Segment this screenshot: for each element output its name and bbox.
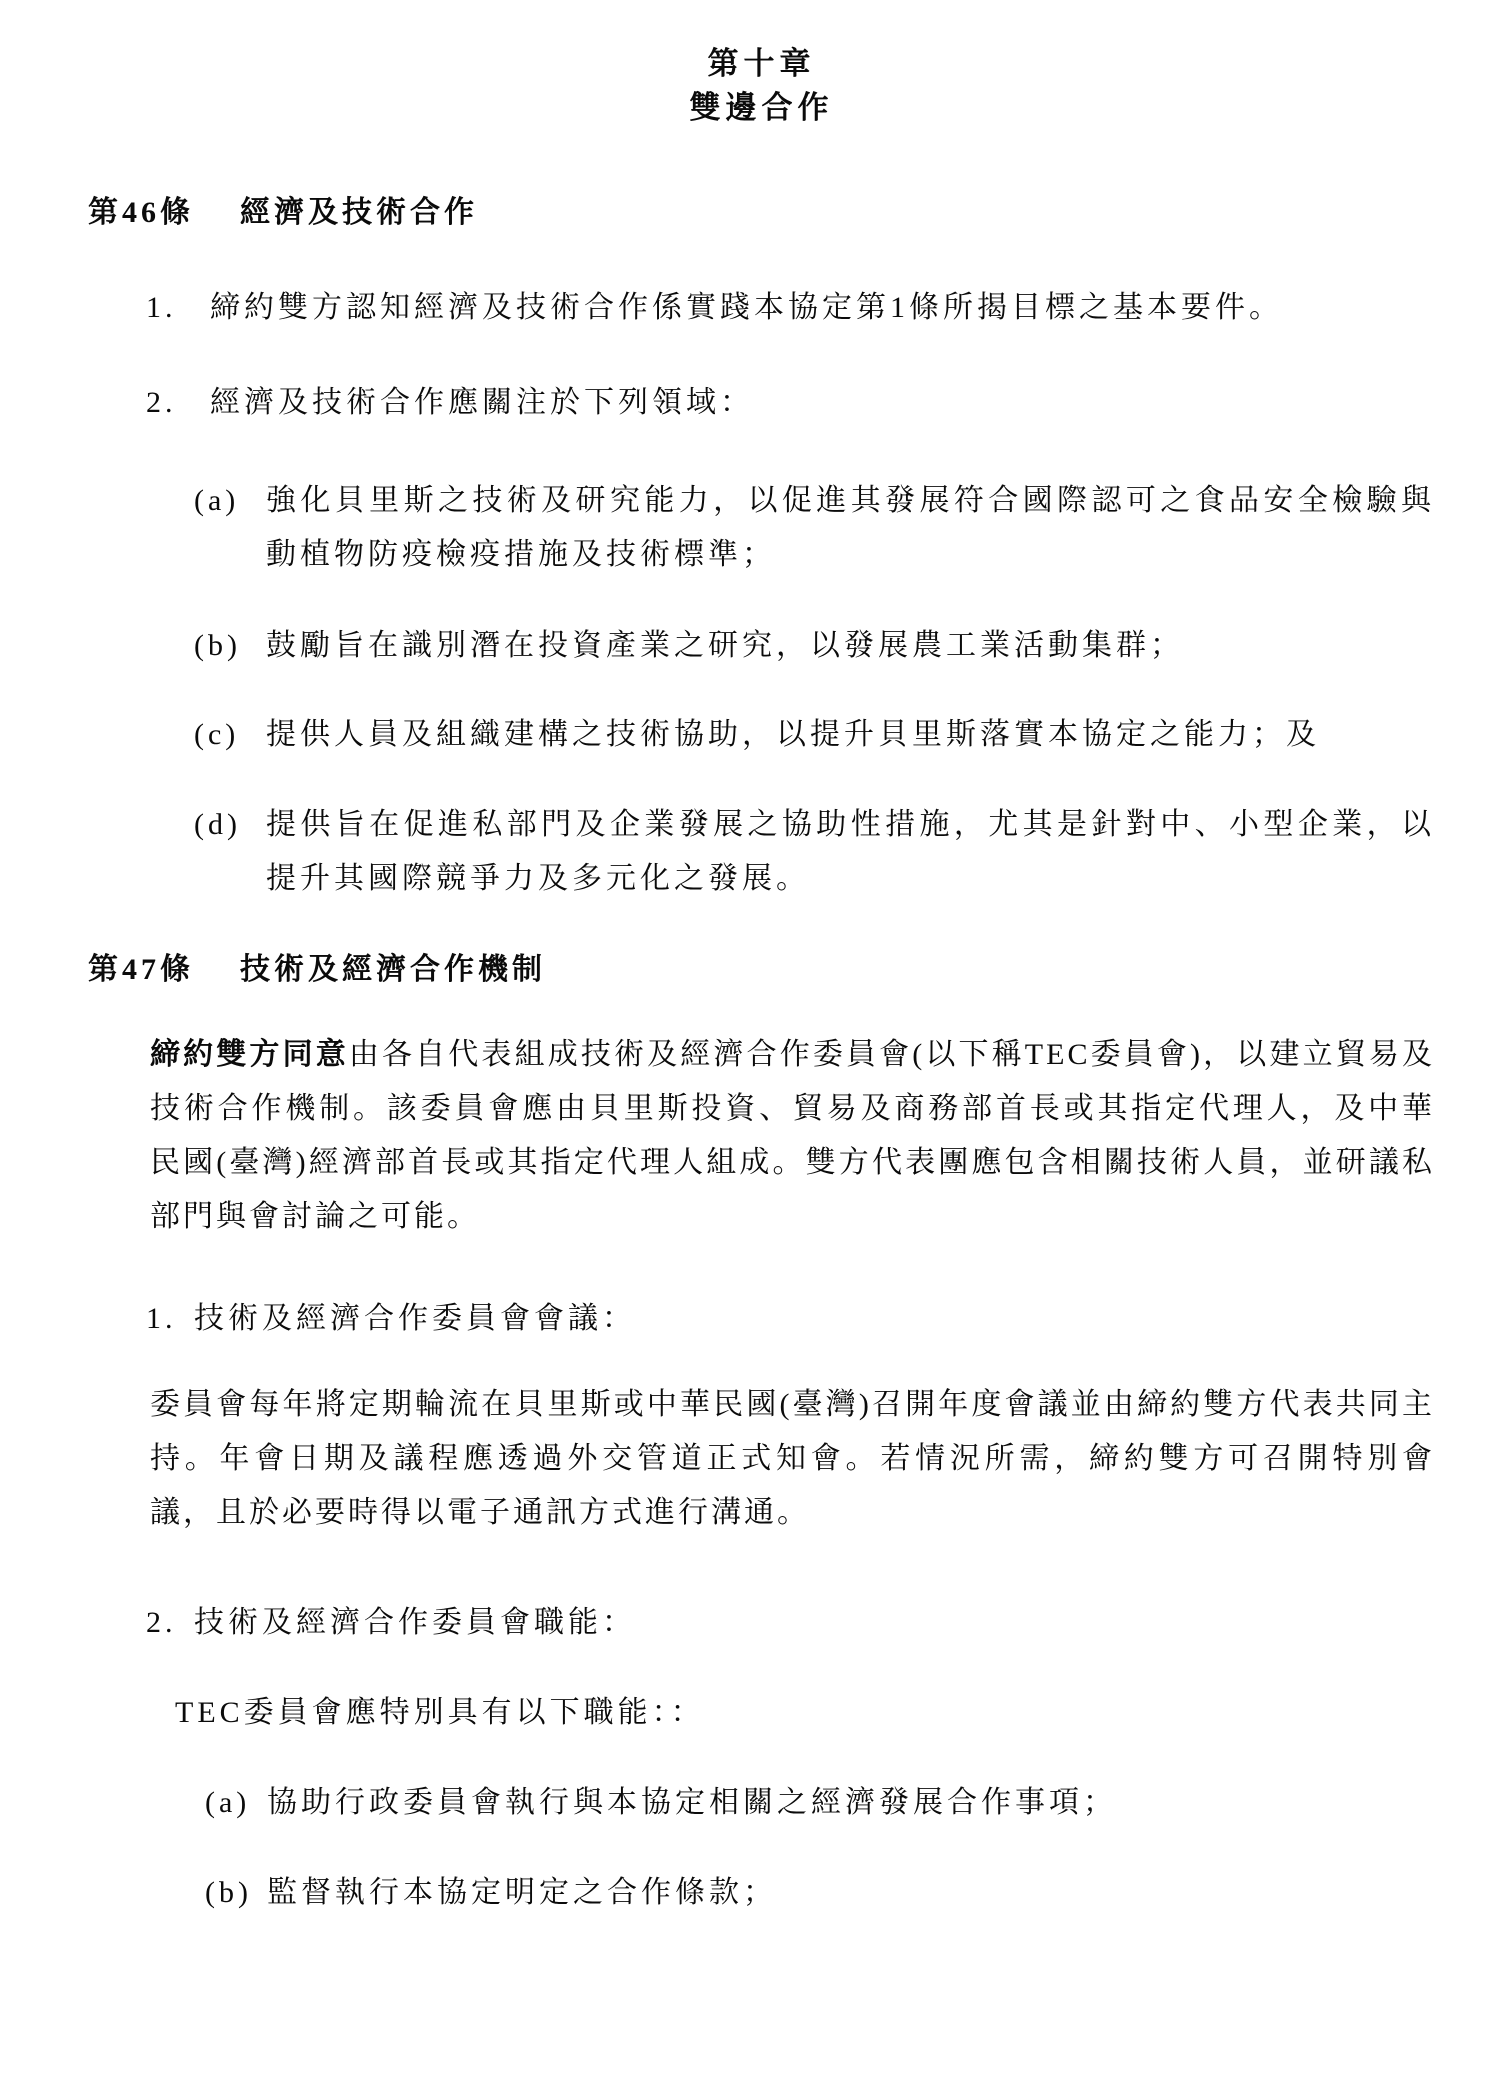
subitem-letter: (a) <box>194 474 266 582</box>
subitem-text: 強化貝里斯之技術及研究能力，以促進其發展符合國際認可之食品安全檢驗與動植物防疫檢… <box>266 474 1435 582</box>
subitem-text: 提供旨在促進私部門及企業發展之協助性措施，尤其是針對中、小型企業，以提升其國際競… <box>266 798 1435 906</box>
article-46-number: 第46條 <box>88 186 240 240</box>
tec-function-a: (a) 協助行政委員會執行與本協定相關之經濟發展合作事項； <box>205 1776 1435 1830</box>
page-content: 第十章 雙邊合作 第46條 經濟及技術合作 1. 締約雙方認知經濟及技術合作係實… <box>0 0 1509 1920</box>
tec-function-b: (b) 監督執行本協定明定之合作條款； <box>205 1866 1435 1920</box>
item-title: 技術及經濟合作委員會會議： <box>194 1292 636 1346</box>
subitem-text: 提供人員及組織建構之技術協助，以提升貝里斯落實本協定之能力；及 <box>266 708 1320 762</box>
article-46-heading: 第46條 經濟及技術合作 <box>88 186 1435 240</box>
chapter-heading: 第十章 雙邊合作 <box>88 42 1435 130</box>
article-47-item-2-title: 2. 技術及經濟合作委員會職能： <box>146 1596 1435 1650</box>
tec-functions-lead: TEC委員會應特別具有以下職能：： <box>175 1686 1435 1740</box>
item-text: 締約雙方認知經濟及技術合作係實踐本協定第1條所揭目標之基本要件。 <box>210 281 1283 335</box>
item-number: 2. <box>146 1596 194 1650</box>
item-number: 1. <box>146 281 210 335</box>
subitem-text: 鼓勵旨在識別潛在投資產業之研究，以發展農工業活動集群； <box>266 619 1184 673</box>
article-46-subitem-a: (a) 強化貝里斯之技術及研究能力，以促進其發展符合國際認可之食品安全檢驗與動植… <box>194 474 1435 582</box>
article-46-subitem-b: (b) 鼓勵旨在識別潛在投資產業之研究，以發展農工業活動集群； <box>194 619 1435 673</box>
subitem-letter: (d) <box>194 798 266 906</box>
article-47-intro-paragraph: 締約雙方同意由各自代表組成技術及經濟合作委員會(以下稱TEC委員會)，以建立貿易… <box>150 1028 1435 1244</box>
article-47-title: 技術及經濟合作機制 <box>240 943 546 997</box>
document-page: 第十章 雙邊合作 第46條 經濟及技術合作 1. 締約雙方認知經濟及技術合作係實… <box>0 0 1509 2085</box>
item-title: 技術及經濟合作委員會職能： <box>194 1596 636 1650</box>
chapter-number: 第十章 <box>88 42 1435 86</box>
intro-bold-lead: 締約雙方同意 <box>150 1038 349 1071</box>
item-text: 經濟及技術合作應關注於下列領域： <box>210 376 754 430</box>
article-47-number: 第47條 <box>88 943 240 997</box>
subitem-letter: (b) <box>194 619 266 673</box>
article-46-item-1: 1. 締約雙方認知經濟及技術合作係實踐本協定第1條所揭目標之基本要件。 <box>146 281 1435 335</box>
function-letter: (b) <box>205 1866 267 1920</box>
article-46-title: 經濟及技術合作 <box>240 186 478 240</box>
function-text: 協助行政委員會執行與本協定相關之經濟發展合作事項； <box>267 1776 1117 1830</box>
article-46-item-2: 2. 經濟及技術合作應關注於下列領域： <box>146 376 1435 430</box>
item-number: 1. <box>146 1292 194 1346</box>
article-46-subitem-c: (c) 提供人員及組織建構之技術協助，以提升貝里斯落實本協定之能力；及 <box>194 708 1435 762</box>
function-text: 監督執行本協定明定之合作條款； <box>267 1866 777 1920</box>
chapter-title: 雙邊合作 <box>88 86 1435 130</box>
function-letter: (a) <box>205 1776 267 1830</box>
item-number: 2. <box>146 376 210 430</box>
article-47-heading: 第47條 技術及經濟合作機制 <box>88 943 1435 997</box>
article-47-item-1-title: 1. 技術及經濟合作委員會會議： <box>146 1292 1435 1346</box>
article-46-subitem-d: (d) 提供旨在促進私部門及企業發展之協助性措施，尤其是針對中、小型企業，以提升… <box>194 798 1435 906</box>
article-47-item-1-body: 委員會每年將定期輪流在貝里斯或中華民國(臺灣)召開年度會議並由締約雙方代表共同主… <box>150 1378 1435 1540</box>
subitem-letter: (c) <box>194 708 266 762</box>
